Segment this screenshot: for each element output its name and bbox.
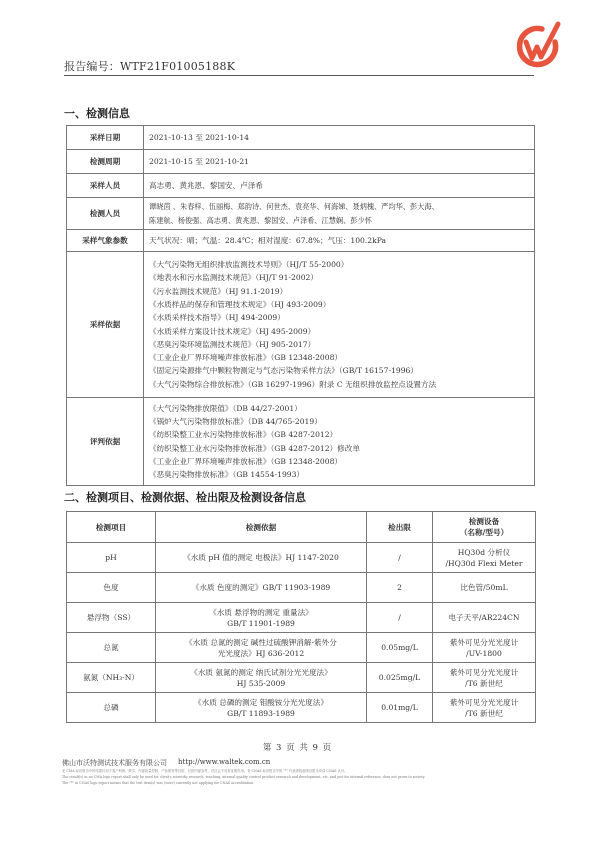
basis-cell: 《水质 总磷的测定 钼酸铵分光光度法》GB/T 11893-1989 — [156, 693, 367, 723]
equipment-cell: 紫外可见分光光度计/UV-1800 — [433, 633, 536, 663]
table-header-row: 检测项目 检测依据 检出限 检测设备 （名称/型号） — [67, 512, 536, 543]
limit-cell: 2 — [367, 573, 433, 603]
basis-cell: 《水质 总氮的测定 碱性过硫酸钾消解-紫外分光光度法》HJ 636-2012 — [156, 633, 367, 663]
row-label: 采样人员 — [67, 174, 144, 198]
row-value: 2021-10-15 至 2021-10-21 — [144, 150, 535, 174]
basis-cell: 《水质 pH 值的测定 电极法》HJ 1147-2020 — [156, 543, 367, 573]
row-label: 采样气象参数 — [67, 230, 144, 252]
row-value: 天气状况：晴；气温：28.4℃；相对湿度：67.8%；气压：100.2kPa — [144, 230, 535, 252]
table-row: 采样气象参数 天气状况：晴；气温：28.4℃；相对湿度：67.8%；气压：100… — [67, 230, 535, 252]
equipment-cell: 紫外可见分光光度计/T6 新世纪 — [433, 663, 536, 693]
report-number: 报告编号：WTF21F01005188K — [64, 58, 235, 74]
col-header-equipment: 检测设备 （名称/型号） — [433, 512, 536, 543]
table-row: 评判依据 《大气污染物排放限值》（DB 44/27-2001） 《锅炉大气污染物… — [67, 398, 535, 486]
col-header-limit: 检出限 — [367, 512, 433, 543]
table-row: 氨氮（NH₃-N） 《水质 氨氮的测定 纳氏试剂分光光度法》HJ 535-200… — [67, 663, 536, 693]
row-value: 《大气污染物排放限值》（DB 44/27-2001） 《锅炉大气污染物排放标准》… — [144, 398, 535, 486]
company-name: 佛山市沃特测试技术服务有限公司 — [62, 758, 167, 768]
table-row: 采样人员 高志勇、黄兆恩、黎国安、卢泽希 — [67, 174, 535, 198]
basis-cell: 《水质 悬浮物的测定 重量法》GB/T 11901-1989 — [156, 603, 367, 633]
row-value: 2021-10-13 至 2021-10-14 — [144, 126, 535, 150]
table-row: 采样依据 《大气污染物无组织排放监测技术导则》（HJ/T 55-2000） 《地… — [67, 252, 535, 398]
equipment-cell: HQ30d 分析仪/HQ30d Flexi Meter — [433, 543, 536, 573]
basis-cell: 《水质 氨氮的测定 纳氏试剂分光光度法》HJ 535-2009 — [156, 663, 367, 693]
basis-cell: 《水质 色度的测定》GB/T 11903-1989 — [156, 573, 367, 603]
row-label: 采样日期 — [67, 126, 144, 150]
table-row: 悬浮物（SS） 《水质 悬浮物的测定 重量法》GB/T 11901-1989 /… — [67, 603, 536, 633]
table-row: 色度 《水质 色度的测定》GB/T 11903-1989 2 比色管/50mL — [67, 573, 536, 603]
row-value: 高志勇、黄兆恩、黎国安、卢泽希 — [144, 174, 535, 198]
table-row: 总磷 《水质 总磷的测定 钼酸铵分光光度法》GB/T 11893-1989 0.… — [67, 693, 536, 723]
footer-fine-print: 无 CMA 标识报告中的结果仅用于客户科研、教学、内部质量控制、产品研发等目的，… — [62, 769, 532, 773]
row-value: 《大气污染物无组织排放监测技术导则》（HJ/T 55-2000） 《地表水和污水… — [144, 252, 535, 398]
equipment-cell: 紫外可见分光光度计/T6 新世纪 — [433, 693, 536, 723]
limit-cell: / — [367, 543, 433, 573]
col-header-item: 检测项目 — [67, 512, 156, 543]
header-divider — [64, 75, 534, 76]
row-label: 检测人员 — [67, 198, 144, 230]
waltek-logo-icon — [512, 20, 562, 72]
item-cell: 总磷 — [67, 693, 156, 723]
table-row: 检测人员 谭晓茵 、朱春梓、伍丽梅、郑韵诗、何世杰、袁亮华、何海娣、聂炳槐、严均… — [67, 198, 535, 230]
limit-cell: 0.025mg/L — [367, 663, 433, 693]
footer-fine-print: The "*" in CNAS logo report means that t… — [62, 781, 532, 785]
equipment-cell: 电子天平/AR224CN — [433, 603, 536, 633]
limit-cell: / — [367, 603, 433, 633]
row-label: 采样依据 — [67, 252, 144, 398]
table-row: 检测周期 2021-10-15 至 2021-10-21 — [67, 150, 535, 174]
table-row: 采样日期 2021-10-13 至 2021-10-14 — [67, 126, 535, 150]
item-cell: 悬浮物（SS） — [67, 603, 156, 633]
detection-info-table: 采样日期 2021-10-13 至 2021-10-14 检测周期 2021-1… — [66, 125, 535, 486]
limit-cell: 0.05mg/L — [367, 633, 433, 663]
table-row: 总氮 《水质 总氮的测定 碱性过硫酸钾消解-紫外分光光度法》HJ 636-201… — [67, 633, 536, 663]
equipment-cell: 比色管/50mL — [433, 573, 536, 603]
section-title-detection-items: 二、检测项目、检测依据、检出限及检测设备信息 — [64, 489, 306, 505]
item-cell: pH — [67, 543, 156, 573]
row-label: 检测周期 — [67, 150, 144, 174]
item-cell: 氨氮（NH₃-N） — [67, 663, 156, 693]
section-title-detection-info: 一、检测信息 — [64, 105, 130, 121]
limit-cell: 0.01mg/L — [367, 693, 433, 723]
row-label: 评判依据 — [67, 398, 144, 486]
company-url-link[interactable]: http://www.waltek.com.cn — [178, 758, 270, 766]
row-value: 谭晓茵 、朱春梓、伍丽梅、郑韵诗、何世杰、袁亮华、何海娣、聂炳槐、严均华、彭大海… — [144, 198, 535, 230]
detection-items-table: 检测项目 检测依据 检出限 检测设备 （名称/型号） pH 《水质 pH 值的测… — [66, 511, 536, 723]
item-cell: 总氮 — [67, 633, 156, 663]
item-cell: 色度 — [67, 573, 156, 603]
page-number: 第 3 页 共 9 页 — [0, 741, 595, 753]
table-row: pH 《水质 pH 值的测定 电极法》HJ 1147-2020 / HQ30d … — [67, 543, 536, 573]
col-header-basis: 检测依据 — [156, 512, 367, 543]
footer-fine-print: The result(s) in no CMA logo report shal… — [62, 775, 532, 779]
